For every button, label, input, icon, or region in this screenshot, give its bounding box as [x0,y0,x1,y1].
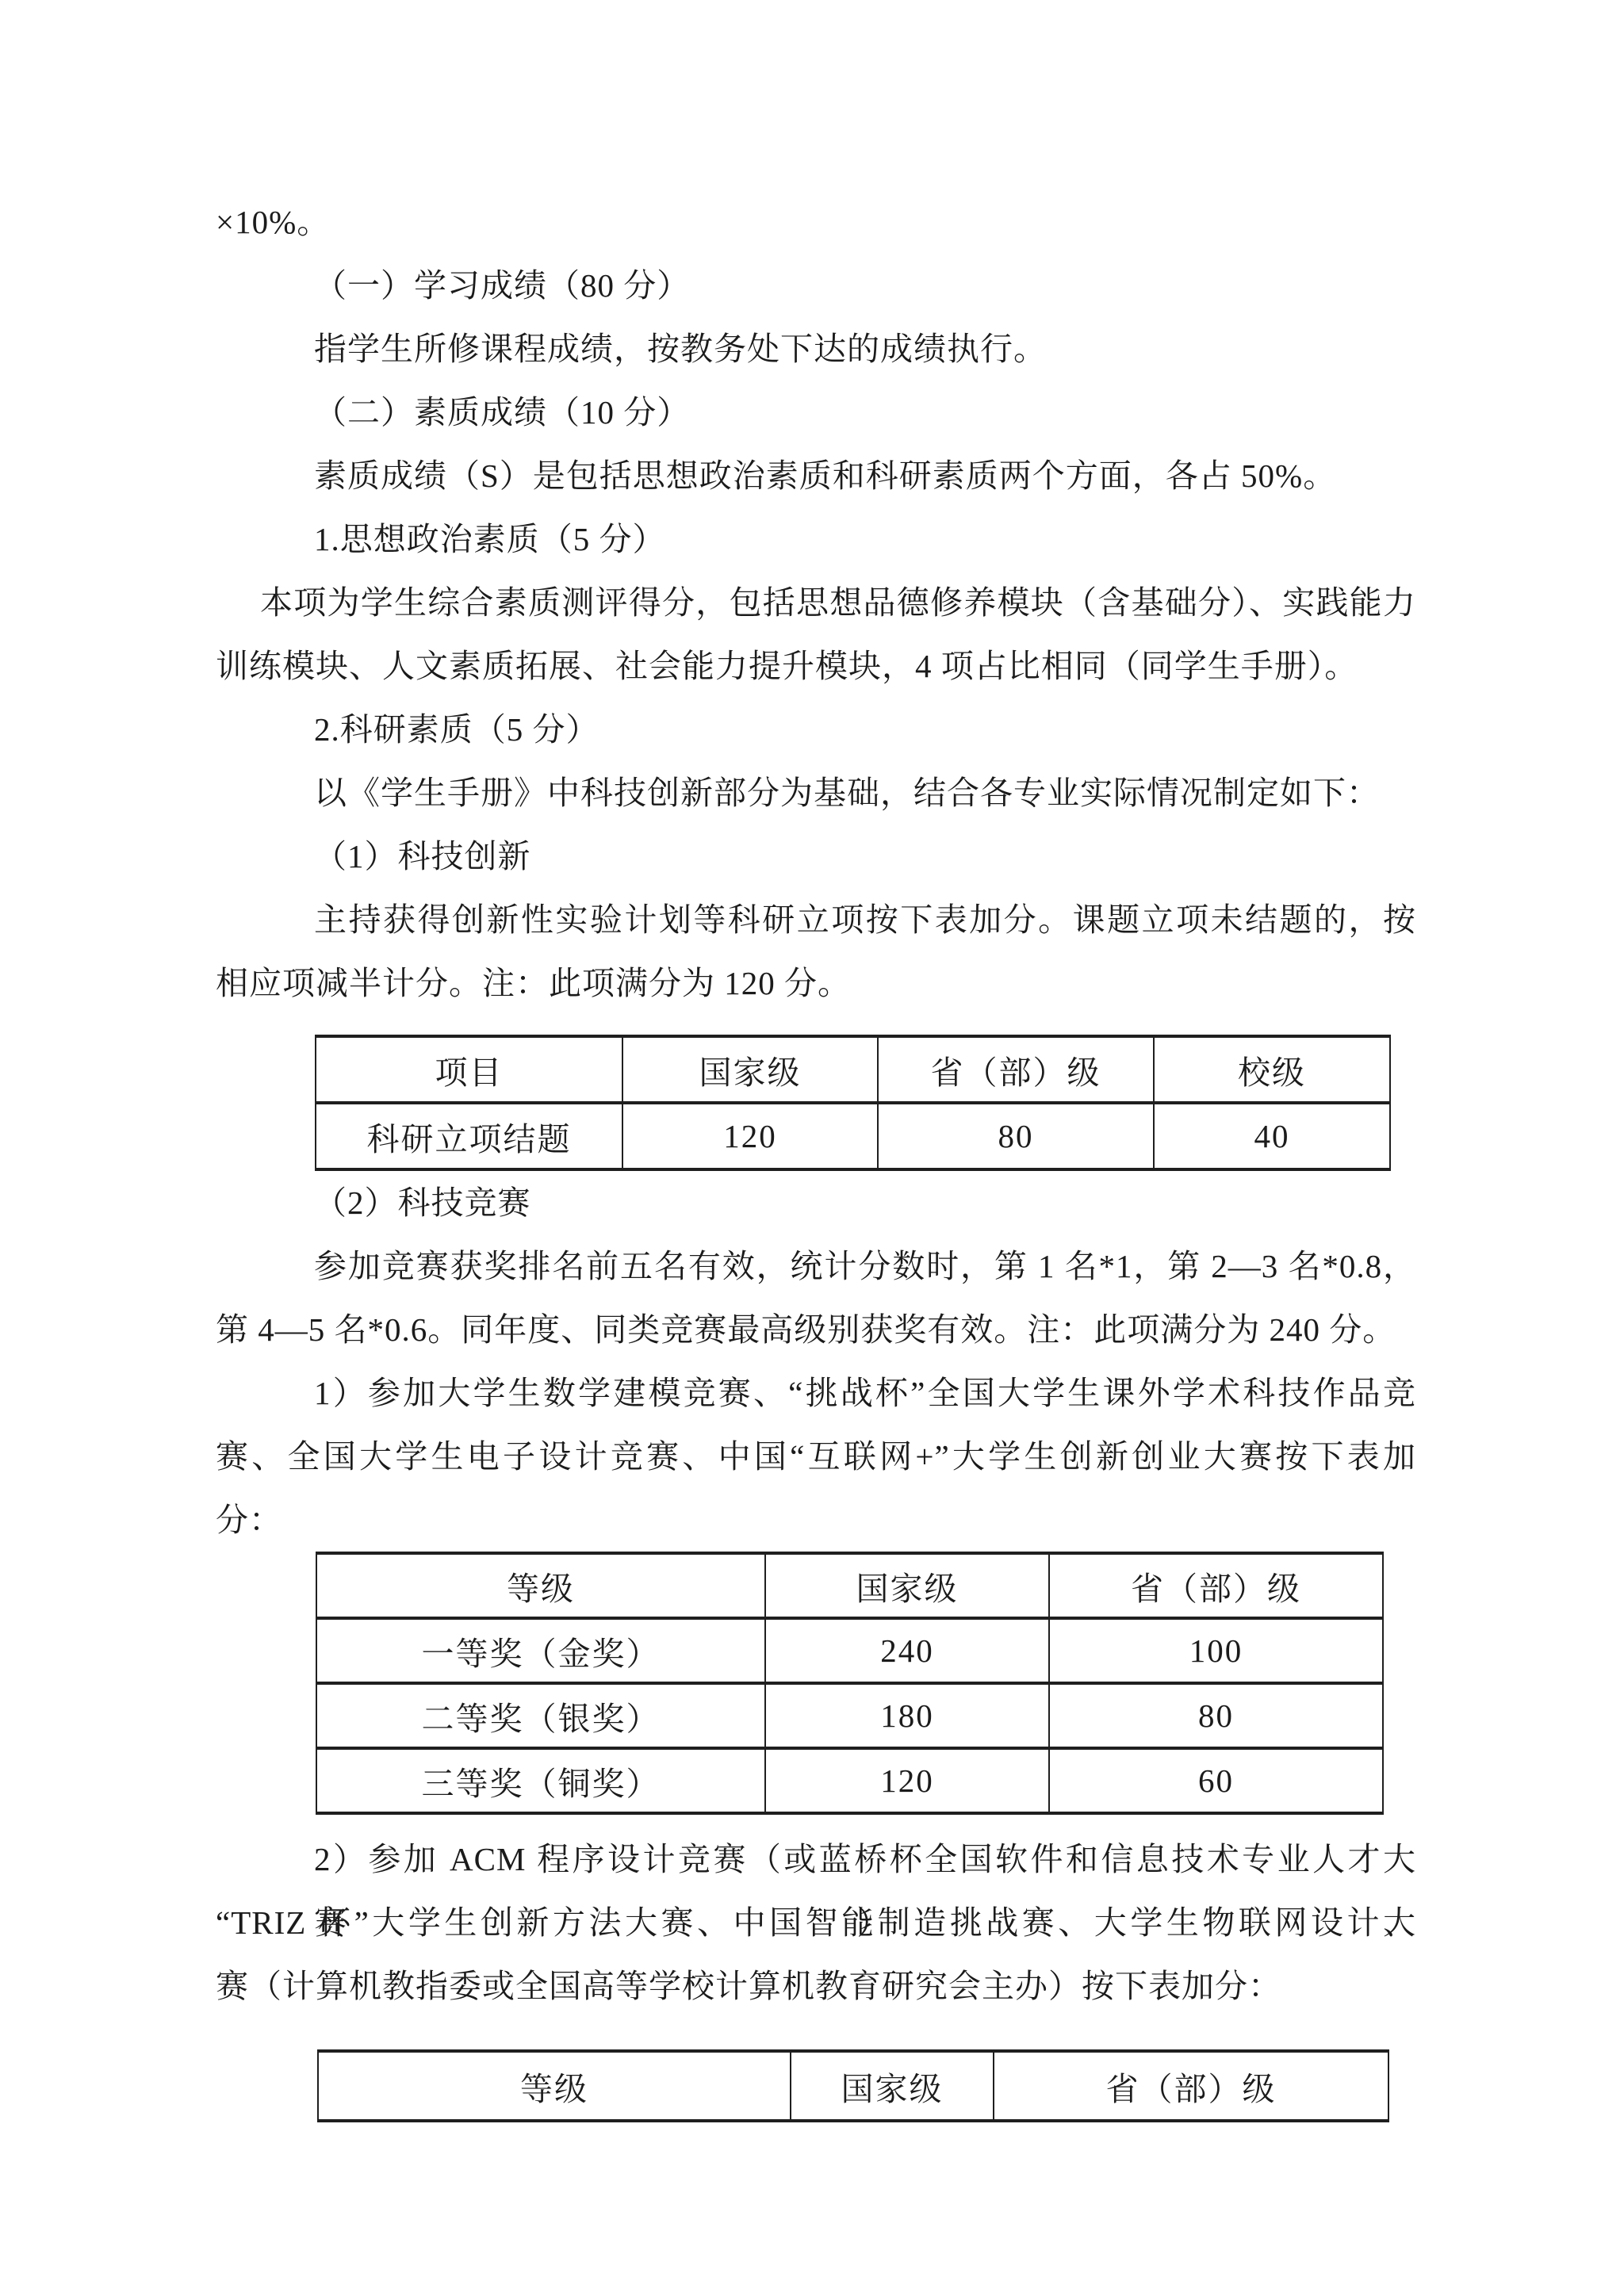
doc-line-acm-competition-2: “TRIZ 杯”大学生创新方法大赛、中国智能制造挑战赛、大学生物联网设计大 [216,1891,1416,1954]
acm-competition-score-table: 等级 国家级 省（部）级 [317,2049,1389,2122]
doc-line-quality-desc: 素质成绩（S）是包括思想政治素质和科研素质两个方面，各占 50%。 [216,444,1416,507]
table-header-row: 项目 国家级 省（部）级 校级 [316,1036,1390,1103]
table3-header-national: 国家级 [791,2051,994,2121]
doc-line-innovation-desc-1: 主持获得创新性实验计划等科研立项按下表加分。课题立项未结题的，按 [216,888,1416,951]
table2-cell-third-national-score: 120 [765,1748,1049,1813]
doc-line-political-desc-2: 训练模块、人文素质拓展、社会能力提升模块，4 项占比相同（同学生手册）。 [216,634,1416,698]
doc-heading-tech-innovation: （1）科技创新 [216,825,1416,888]
doc-line-competition-rule-1: 参加竞赛获奖排名前五名有效，统计分数时，第 1 名*1，第 2—3 名*0.8， [216,1234,1416,1298]
table2-cell-second-province-score: 80 [1049,1683,1383,1748]
table1-cell-province-score: 80 [878,1103,1154,1169]
table1-header-item: 项目 [316,1036,622,1103]
table1-header-national: 国家级 [622,1036,878,1103]
table-row: 一等奖（金奖） 240 100 [316,1618,1383,1683]
table-row: 科研立项结题 120 80 40 [316,1103,1390,1169]
doc-line-research-basis: 以《学生手册》中科技创新部分为基础，结合各专业实际情况制定如下： [216,761,1416,825]
document-page: ×10%。 （一）学习成绩（80 分） 指学生所修课程成绩，按教务处下达的成绩执… [0,0,1624,2296]
table2-cell-second-national-score: 180 [765,1683,1049,1748]
doc-line-competition-rule-2: 第 4—5 名*0.6。同年度、同类竞赛最高级别获奖有效。注：此项满分为 240… [216,1298,1416,1361]
doc-heading-research: 2.科研素质（5 分） [216,698,1416,761]
doc-line-competition-list-2: 赛、全国大学生电子设计竞赛、中国“互联网+”大学生创新创业大赛按下表加 [216,1425,1416,1488]
table2-cell-third-prize: 三等奖（铜奖） [316,1748,765,1813]
doc-line-innovation-desc-2: 相应项减半计分。注：此项满分为 120 分。 [216,951,1416,1015]
research-project-score-table: 项目 国家级 省（部）级 校级 科研立项结题 120 80 40 [315,1035,1391,1171]
table2-cell-first-province-score: 100 [1049,1618,1383,1683]
table-header-row: 等级 国家级 省（部）级 [318,2051,1388,2121]
doc-line-competition-list-3: 分： [216,1488,1416,1552]
doc-heading-political: 1.思想政治素质（5 分） [216,507,1416,571]
table2-cell-first-prize: 一等奖（金奖） [316,1618,765,1683]
table1-cell-school-score: 40 [1154,1103,1390,1169]
doc-heading-quality-score: （二）素质成绩（10 分） [216,381,1416,444]
table2-cell-third-province-score: 60 [1049,1748,1383,1813]
doc-heading-tech-competition: （2）科技竞赛 [216,1171,1416,1234]
table3-header-province: 省（部）级 [994,2051,1388,2121]
doc-line-political-desc-1: 本项为学生综合素质测评得分，包括思想品德修养模块（含基础分）、实践能力 [216,571,1416,634]
table-row: 三等奖（铜奖） 120 60 [316,1748,1383,1813]
table2-header-province: 省（部）级 [1049,1553,1383,1618]
table-row: 二等奖（银奖） 180 80 [316,1683,1383,1748]
doc-line-x10: ×10%。 [216,190,1416,254]
table3-header-grade: 等级 [318,2051,791,2121]
table1-header-school: 校级 [1154,1036,1390,1103]
table2-header-grade: 等级 [316,1553,765,1618]
doc-line-acm-competition-3: 赛（计算机教指委或全国高等学校计算机教育研究会主办）按下表加分： [216,1954,1416,2018]
table2-cell-second-prize: 二等奖（银奖） [316,1683,765,1748]
doc-heading-study-score: （一）学习成绩（80 分） [216,254,1416,317]
doc-line-acm-competition-1: 2）参加 ACM 程序设计竞赛（或蓝桥杯全国软件和信息技术专业人才大赛）、 [216,1827,1416,1891]
major-competition-score-table: 等级 国家级 省（部）级 一等奖（金奖） 240 100 二等奖（银奖） 180… [316,1552,1384,1815]
table1-header-province: 省（部）级 [878,1036,1154,1103]
table1-cell-project: 科研立项结题 [316,1103,622,1169]
doc-line-competition-list-1: 1）参加大学生数学建模竞赛、“挑战杯”全国大学生课外学术科技作品竞 [216,1361,1416,1425]
table2-cell-first-national-score: 240 [765,1618,1049,1683]
doc-line-study-desc: 指学生所修课程成绩，按教务处下达的成绩执行。 [216,317,1416,381]
table-header-row: 等级 国家级 省（部）级 [316,1553,1383,1618]
table1-cell-national-score: 120 [622,1103,878,1169]
table2-header-national: 国家级 [765,1553,1049,1618]
